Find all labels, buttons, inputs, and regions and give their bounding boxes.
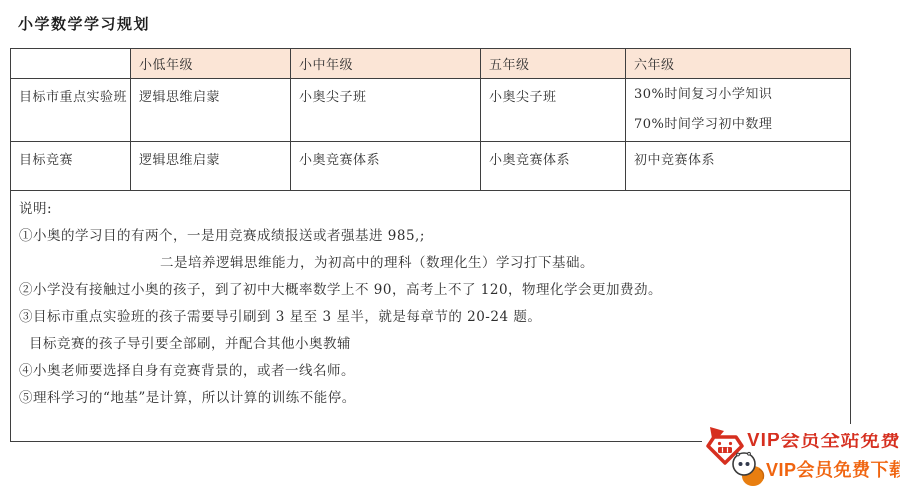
table-row: 目标市重点实验班 逻辑思维启蒙 小奥尖子班 小奥尖子班 30%时间复习小学知识 … [11,79,851,142]
cell-line: 70%时间学习初中数理 [634,116,848,133]
vip-banner-text-clipped: VIP会员全站免费 [747,433,900,453]
vip-watermark-badge[interactable]: VIP会员全站免费 VIP会员免费下载 [702,424,900,487]
note-line-5: ⑤理科学习的“地基”是计算，所以计算的训练不能停。 [19,385,840,412]
note-line-4: ④小奥老师要选择自身有竞赛背景的，或者一线名师。 [19,358,840,385]
page-title: 小学数学学习规划 [18,13,150,34]
table-cell: 逻辑思维启蒙 [131,79,291,142]
cell-line: 30%时间复习小学知识 [634,86,848,103]
note-line-2: ②小学没有接触过小奥的孩子，到了初中大概率数学上不 90，高考上不了 120，物… [19,277,840,304]
table-cell: 小奥尖子班 [481,79,626,142]
table-cell: 逻辑思维启蒙 [131,142,291,191]
table-cell: 小奥竞赛体系 [291,142,481,191]
notes-heading: 说明: [19,196,840,223]
document-page: 小学数学学习规划 小低年级 小中年级 五年级 六年级 目标市重点实验班 逻辑思维… [0,0,900,487]
notes-cell: 说明: ①小奥的学习目的有两个，一是用竞赛成绩报送或者强基进 985,; 二是培… [11,191,851,442]
header-cell-grade6: 六年级 [626,49,851,79]
table-row: 目标竞赛 逻辑思维启蒙 小奥竞赛体系 小奥竞赛体系 初中竞赛体系 [11,142,851,191]
notes-row: 说明: ①小奥的学习目的有两个，一是用竞赛成绩报送或者强基进 985,; 二是培… [11,191,851,442]
table-cell: 初中竞赛体系 [626,142,851,191]
header-cell-empty [11,49,131,79]
header-cell-middle-grades: 小中年级 [291,49,481,79]
row-label-experimental-class: 目标市重点实验班 [11,79,131,142]
table-header-row: 小低年级 小中年级 五年级 六年级 [11,49,851,79]
learning-plan-table: 小低年级 小中年级 五年级 六年级 目标市重点实验班 逻辑思维启蒙 小奥尖子班 … [10,48,851,442]
note-line-1: ①小奥的学习目的有两个，一是用竞赛成绩报送或者强基进 985,; [19,223,840,250]
header-cell-lower-grades: 小低年级 [131,49,291,79]
vip-download-text: VIP会员免费下载 [766,456,900,482]
note-line-3b: 目标竞赛的孩子导引要全部刷，并配合其他小奥教辅 [29,331,840,358]
header-cell-grade5: 五年级 [481,49,626,79]
note-line-3: ③目标市重点实验班的孩子需要导引刷到 3 星至 3 星半，就是每章节的 20-2… [19,304,840,331]
mascot-icon [731,451,769,487]
table-cell-grade6-plan: 30%时间复习小学知识 70%时间学习初中数理 [626,79,851,142]
note-line-1b: 二是培养逻辑思维能力，为初高中的理科（数理化生）学习打下基础。 [160,250,840,277]
row-label-competition: 目标竞赛 [11,142,131,191]
table-cell: 小奥尖子班 [291,79,481,142]
table-cell: 小奥竞赛体系 [481,142,626,191]
